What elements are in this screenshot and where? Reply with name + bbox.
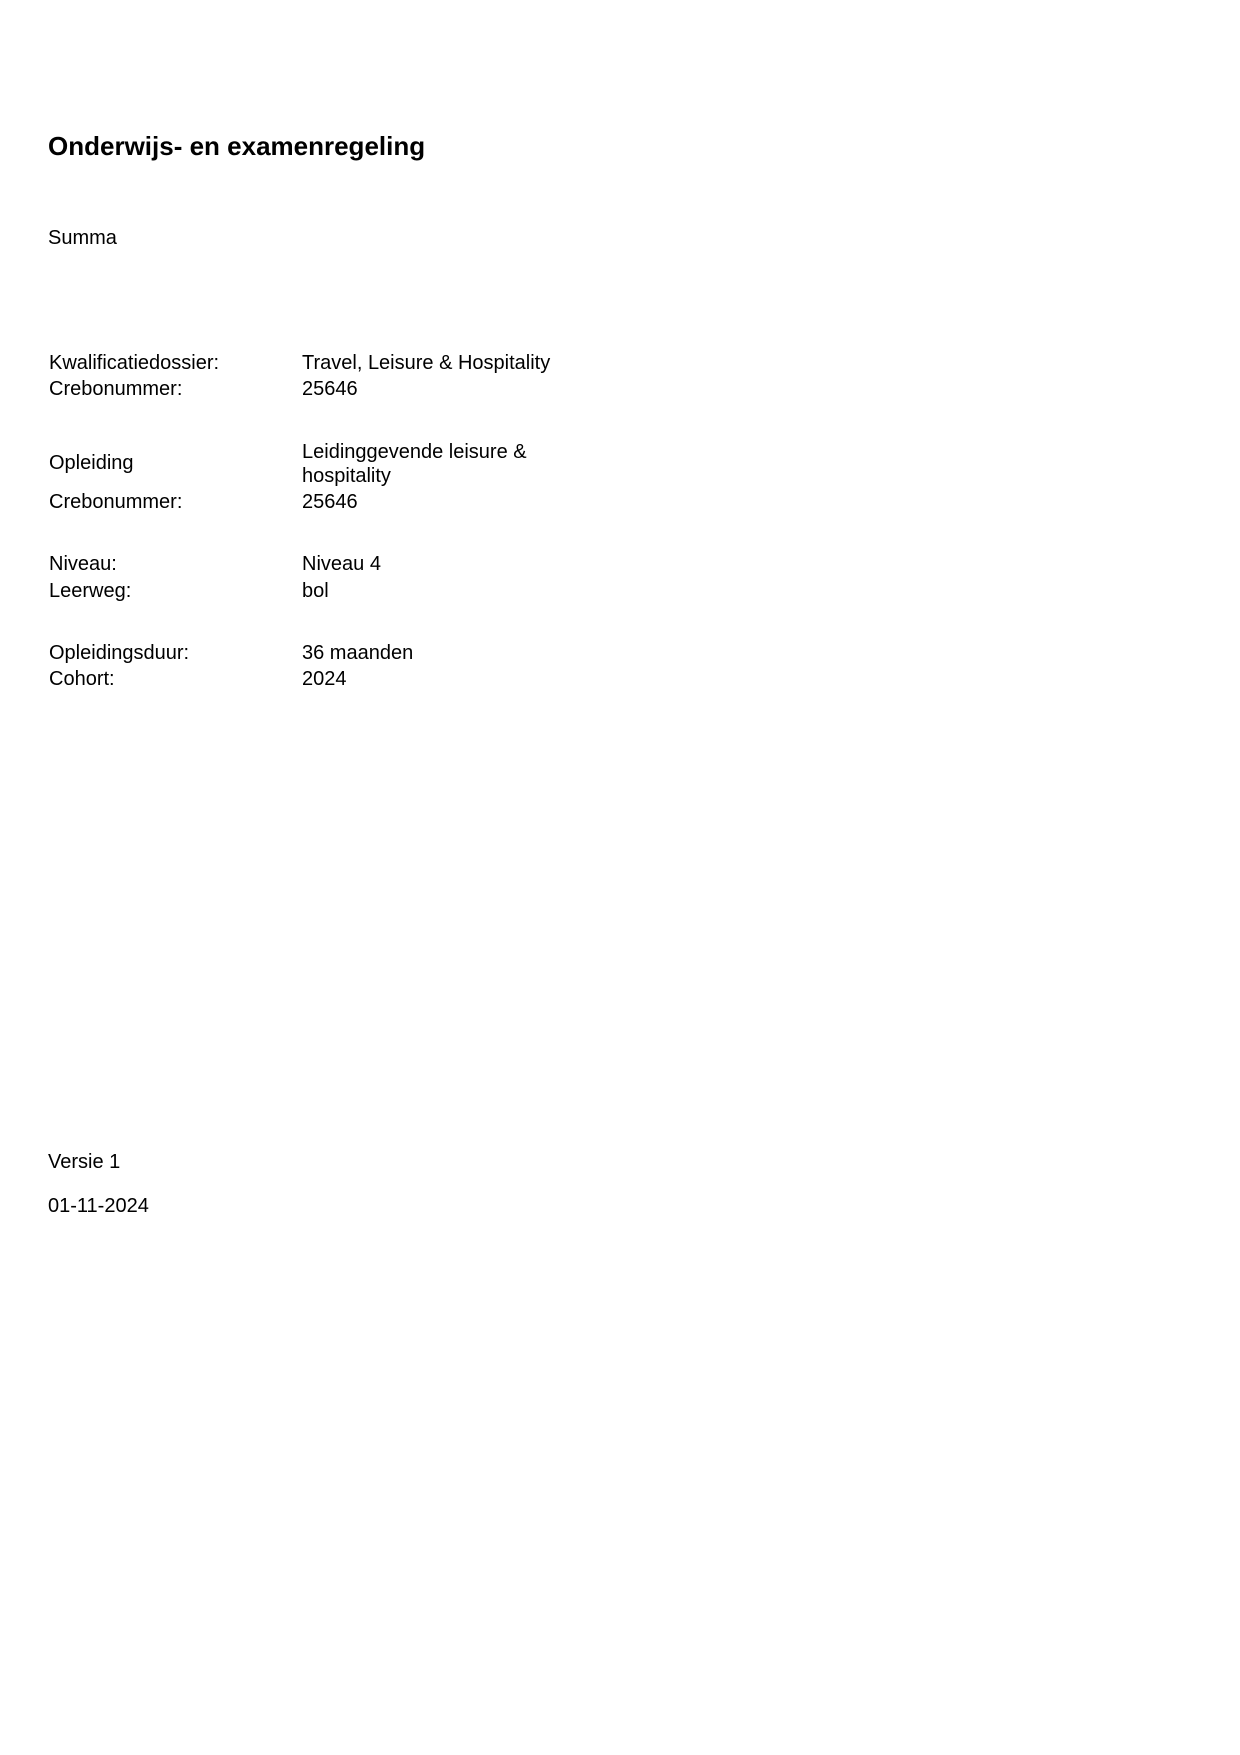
field-label: Leerweg: bbox=[49, 579, 131, 603]
field-label: Crebonummer: bbox=[49, 377, 182, 401]
field-value: 25646 bbox=[302, 377, 358, 401]
field-value: 36 maanden bbox=[302, 641, 413, 665]
organization-name: Summa bbox=[48, 226, 117, 250]
field-value: Travel, Leisure & Hospitality bbox=[302, 351, 550, 375]
version-label: Versie 1 bbox=[48, 1150, 120, 1174]
field-value: 25646 bbox=[302, 490, 358, 514]
field-label: Kwalificatiedossier: bbox=[49, 351, 219, 375]
field-label: Crebonummer: bbox=[49, 490, 182, 514]
document-date: 01-11-2024 bbox=[48, 1194, 149, 1218]
field-value: 2024 bbox=[302, 667, 347, 691]
field-label: Cohort: bbox=[49, 667, 115, 691]
field-value: Leidinggevende leisure & hospitality bbox=[302, 440, 562, 488]
field-value: Niveau 4 bbox=[302, 552, 381, 576]
field-value: bol bbox=[302, 579, 329, 603]
document-title: Onderwijs- en examenregeling bbox=[48, 130, 425, 162]
field-label: Niveau: bbox=[49, 552, 117, 576]
field-label: Opleiding bbox=[49, 451, 134, 475]
field-label: Opleidingsduur: bbox=[49, 641, 189, 665]
